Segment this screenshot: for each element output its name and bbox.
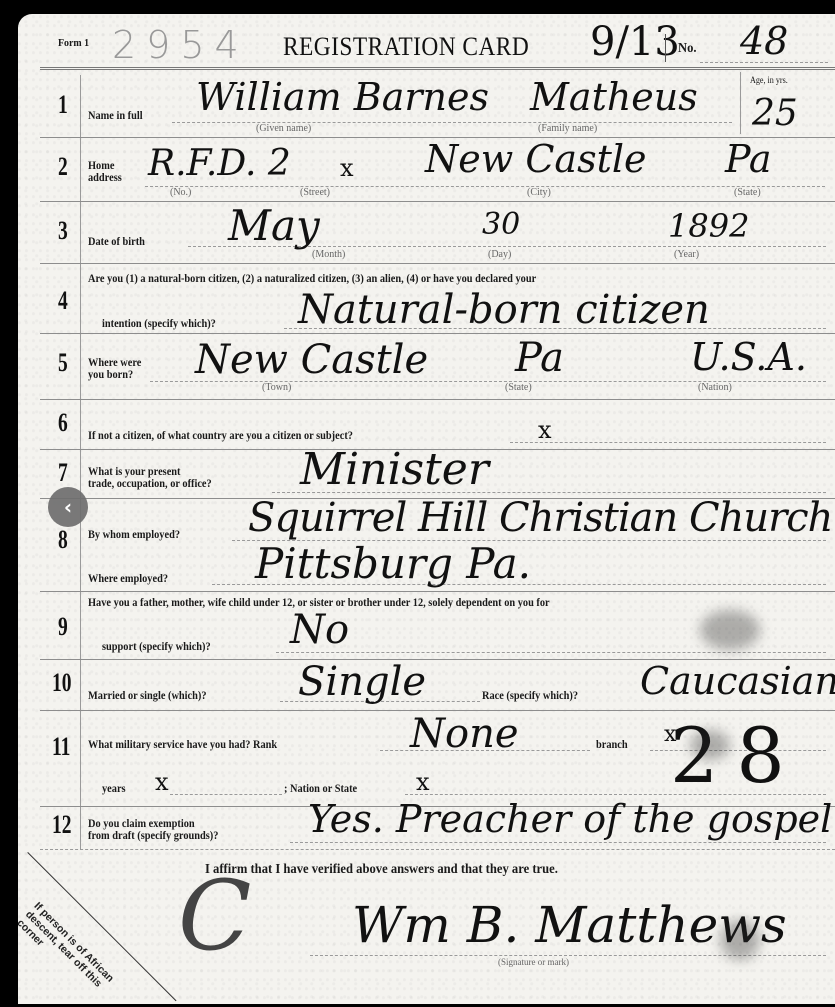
birth-state[interactable]: Pa — [515, 338, 564, 378]
age-value[interactable]: 25 — [752, 96, 798, 132]
row-number: 9 — [58, 614, 68, 640]
row-number: 4 — [58, 288, 68, 314]
home-label-2: address — [88, 172, 122, 184]
dependents-label: support (specify which)? — [102, 641, 211, 653]
row-number: 7 — [58, 460, 68, 486]
race-answer[interactable]: Caucasian — [640, 662, 835, 700]
citizenship-label: intention (specify which)? — [102, 318, 216, 330]
row-number: 10 — [52, 670, 72, 696]
sub-city: (City) — [527, 188, 551, 198]
dob-day[interactable]: 30 — [482, 210, 520, 240]
previous-button[interactable]: ‹ — [48, 487, 88, 527]
chevron-left-icon: ‹ — [64, 495, 72, 519]
row-rule — [40, 201, 835, 202]
sub-street: (Street) — [300, 188, 330, 198]
header-rule — [40, 67, 835, 70]
dependents-answer[interactable]: No — [290, 610, 349, 650]
corner-mark: C — [178, 868, 251, 964]
divider — [665, 34, 666, 62]
nation-label: ; Nation or State — [284, 783, 357, 795]
exemption-answer[interactable]: Yes. Preacher of the gospel — [308, 800, 832, 838]
name-label: Name in full — [88, 110, 143, 122]
row-number: 2 — [58, 154, 68, 180]
occupation-label-2: trade, occupation, or office? — [88, 478, 212, 490]
employer-label: By whom employed? — [88, 529, 180, 541]
address-no[interactable]: R.F.D. 2 — [148, 146, 291, 182]
dob-year[interactable]: 1892 — [668, 210, 749, 242]
military-label: What military service have you had? Rank — [88, 739, 277, 751]
row-number: 3 — [58, 218, 68, 244]
card-title: REGISTRATION CARD — [283, 32, 529, 62]
signature-label: (Signature or mark) — [498, 958, 569, 967]
work-location-answer[interactable]: Pittsburg Pa. — [255, 543, 531, 585]
sub-state: (State) — [505, 383, 532, 393]
military-years[interactable]: x — [155, 770, 169, 794]
row-rule — [40, 263, 835, 264]
row-rule — [40, 591, 835, 592]
no-label: No. — [678, 42, 697, 57]
row-number: 6 — [58, 410, 68, 436]
sub-no: (No.) — [170, 188, 191, 198]
row-number: 11 — [52, 734, 70, 760]
field-line — [510, 442, 826, 443]
sub-day: (Day) — [488, 250, 511, 260]
birthplace-label-1: Where were — [88, 357, 141, 369]
occupation-answer[interactable]: Minister — [300, 448, 489, 492]
dob-month[interactable]: May — [228, 205, 320, 247]
birth-nation[interactable]: U.S.A. — [690, 338, 807, 376]
row-number: 12 — [52, 812, 72, 838]
marital-answer[interactable]: Single — [298, 662, 426, 702]
marital-label: Married or single (which)? — [88, 690, 207, 702]
field-line — [276, 652, 826, 653]
address-state[interactable]: Pa — [725, 140, 772, 178]
years-label: years — [102, 783, 126, 795]
dob-label: Date of birth — [88, 236, 145, 248]
branch-label: branch — [596, 739, 628, 751]
sub-town: (Town) — [262, 383, 291, 393]
occupation-label-1: What is your present — [88, 466, 180, 478]
foreign-citizen-label: If not a citizen, of what country are yo… — [88, 430, 353, 442]
foreign-citizen-answer[interactable]: x — [538, 418, 552, 442]
ink-smudge — [700, 610, 760, 650]
sub-nation: (Nation) — [698, 383, 732, 393]
affirmation: I affirm that I have verified above answ… — [205, 863, 558, 878]
margin-annotation: 28 — [670, 718, 803, 794]
sub-year: (Year) — [674, 250, 699, 260]
row-number: 8 — [58, 527, 68, 553]
field-line — [170, 794, 282, 795]
home-label-1: Home — [88, 160, 114, 172]
birth-town[interactable]: New Castle — [195, 340, 428, 380]
ink-smudge — [690, 730, 730, 760]
employer-answer[interactable]: Squirrel Hill Christian Church — [248, 498, 832, 538]
field-line — [290, 842, 826, 843]
row-number: 1 — [58, 92, 68, 118]
military-rank[interactable]: None — [410, 714, 519, 754]
family-name[interactable]: Matheus — [530, 78, 698, 116]
number-column-divider — [80, 75, 81, 850]
address-city[interactable]: New Castle — [425, 140, 647, 178]
row-rule — [40, 333, 835, 334]
given-name[interactable]: William Barnes — [196, 78, 489, 116]
row-number: 5 — [58, 350, 68, 376]
citizenship-question: Are you (1) a natural-born citizen, (2) … — [88, 273, 536, 285]
field-line — [145, 186, 825, 187]
form-label: Form 1 — [58, 38, 89, 50]
age-label: Age, in yrs. — [750, 76, 788, 85]
sub-family: (Family name) — [538, 124, 597, 134]
row-rule — [40, 849, 835, 850]
age-divider — [740, 72, 741, 134]
sub-given: (Given name) — [256, 124, 311, 134]
birthplace-label-2: you born? — [88, 369, 133, 381]
sub-month: (Month) — [312, 250, 345, 260]
citizenship-answer[interactable]: Natural-born citizen — [298, 290, 710, 330]
title-annotation: 9/13 — [590, 22, 680, 62]
race-label: Race (specify which)? — [482, 690, 578, 702]
exemption-label-2: from draft (specify grounds)? — [88, 830, 218, 842]
work-location-label: Where employed? — [88, 573, 168, 585]
card-number: 48 — [740, 22, 788, 60]
pencil-number: 2954 — [112, 26, 249, 64]
exemption-label-1: Do you claim exemption — [88, 818, 195, 830]
sub-state: (State) — [734, 188, 761, 198]
address-street[interactable]: x — [340, 156, 354, 180]
ink-smudge — [720, 920, 760, 960]
military-nation[interactable]: x — [416, 770, 430, 794]
row-rule — [40, 399, 835, 400]
